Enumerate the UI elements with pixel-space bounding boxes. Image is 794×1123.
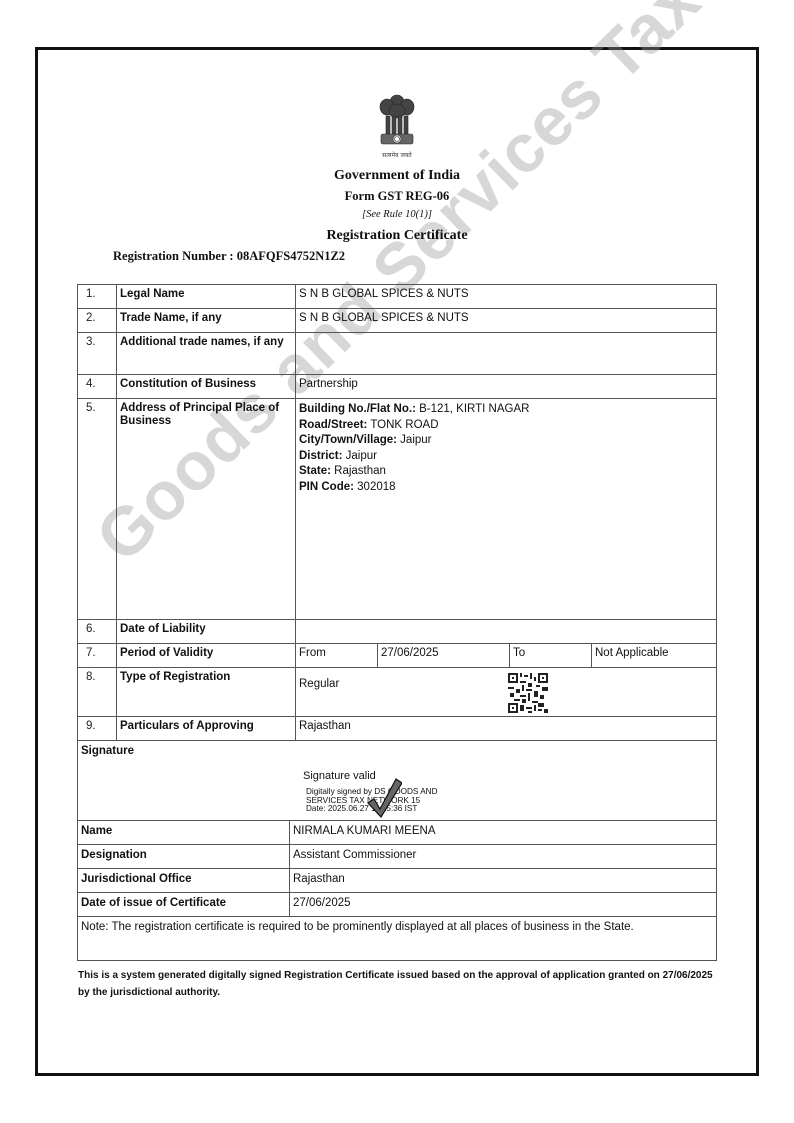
- row-label: Additional trade names, if any: [117, 333, 296, 375]
- officer-label: Jurisdictional Office: [78, 869, 290, 893]
- address-line: PIN Code: 302018: [299, 480, 713, 496]
- legal-name-value: S N B GLOBAL SPICES & NUTS: [296, 285, 717, 309]
- table-row: Jurisdictional Office Rajasthan: [78, 869, 717, 893]
- row-number: 8.: [78, 668, 117, 717]
- officer-label: Designation: [78, 845, 290, 869]
- additional-trade-names-value: [296, 333, 717, 375]
- registration-number-label: Registration Number :: [113, 249, 234, 263]
- officer-name-value: NIRMALA KUMARI MEENA: [290, 821, 717, 845]
- validity-from-label: From: [296, 644, 378, 668]
- table-row: 2. Trade Name, if any S N B GLOBAL SPICE…: [78, 309, 717, 333]
- row-number: 5.: [78, 399, 117, 620]
- row-label: Particulars of Approving: [117, 717, 296, 741]
- row-number: 2.: [78, 309, 117, 333]
- row-label: Type of Registration: [117, 668, 296, 717]
- government-title: Government of India: [0, 168, 794, 184]
- checkmark-icon: [366, 775, 402, 819]
- signature-heading: Signature: [81, 745, 134, 757]
- address-line: City/Town/Village: Jaipur: [299, 433, 713, 449]
- validity-from-value: 27/06/2025: [378, 644, 510, 668]
- table-row: 5. Address of Principal Place of Busines…: [78, 399, 717, 620]
- emblem-motto: सत्यमेव जयते: [0, 151, 794, 159]
- validity-to-value: Not Applicable: [592, 644, 717, 668]
- officer-designation-value: Assistant Commissioner: [290, 845, 717, 869]
- table-row: 1. Legal Name S N B GLOBAL SPICES & NUTS: [78, 285, 717, 309]
- address-line: Building No./Flat No.: B-121, KIRTI NAGA…: [299, 402, 713, 418]
- registration-details-table: 1. Legal Name S N B GLOBAL SPICES & NUTS…: [77, 284, 717, 741]
- qr-code-icon: [508, 673, 548, 713]
- row-number: 7.: [78, 644, 117, 668]
- row-number: 3.: [78, 333, 117, 375]
- row-number: 1.: [78, 285, 117, 309]
- certificate-title: Registration Certificate: [0, 228, 794, 244]
- table-row: 3. Additional trade names, if any: [78, 333, 717, 375]
- national-emblem-icon: [374, 92, 420, 158]
- address-line: State: Rajasthan: [299, 464, 713, 480]
- registration-number-value: 08AFQFS4752N1Z2: [237, 249, 345, 263]
- table-row: 7. Period of Validity From 27/06/2025 To…: [78, 644, 717, 668]
- row-label: Period of Validity: [117, 644, 296, 668]
- address-line: District: Jaipur: [299, 449, 713, 465]
- registration-number: Registration Number : 08AFQFS4752N1Z2: [113, 249, 345, 264]
- table-row: Date of issue of Certificate 27/06/2025: [78, 893, 717, 917]
- table-row: 4. Constitution of Business Partnership: [78, 375, 717, 399]
- table-row: 8. Type of Registration Regular: [78, 668, 717, 717]
- constitution-value: Partnership: [296, 375, 717, 399]
- table-row: 6. Date of Liability: [78, 620, 717, 644]
- row-number: 4.: [78, 375, 117, 399]
- rule-reference: [See Rule 10(1)]: [0, 209, 794, 220]
- officer-label: Name: [78, 821, 290, 845]
- officer-details-table: Name NIRMALA KUMARI MEENA Designation As…: [77, 820, 717, 961]
- approving-authority-value: Rajasthan: [296, 717, 717, 741]
- row-label: Legal Name: [117, 285, 296, 309]
- registration-type-value: Regular: [296, 668, 717, 717]
- row-number: 9.: [78, 717, 117, 741]
- row-number: 6.: [78, 620, 117, 644]
- display-note: Note: The registration certificate is re…: [78, 917, 717, 961]
- form-title: Form GST REG-06: [0, 189, 794, 204]
- jurisdictional-office-value: Rajasthan: [290, 869, 717, 893]
- row-label: Constitution of Business: [117, 375, 296, 399]
- footer-statement: This is a system generated digitally sig…: [78, 967, 718, 1001]
- date-of-liability-value: [296, 620, 717, 644]
- row-label: Trade Name, if any: [117, 309, 296, 333]
- signature-section: Signature Signature valid Digitally sign…: [77, 741, 717, 821]
- trade-name-value: S N B GLOBAL SPICES & NUTS: [296, 309, 717, 333]
- address-line: Road/Street: TONK ROAD: [299, 418, 713, 434]
- issue-date-value: 27/06/2025: [290, 893, 717, 917]
- table-row: Note: The registration certificate is re…: [78, 917, 717, 961]
- validity-to-label: To: [510, 644, 592, 668]
- table-row: Designation Assistant Commissioner: [78, 845, 717, 869]
- row-label: Date of Liability: [117, 620, 296, 644]
- officer-label: Date of issue of Certificate: [78, 893, 290, 917]
- address-value: Building No./Flat No.: B-121, KIRTI NAGA…: [296, 399, 717, 620]
- signature-status: Signature valid: [303, 770, 376, 782]
- table-row: 9. Particulars of Approving Rajasthan: [78, 717, 717, 741]
- row-label: Address of Principal Place of Business: [117, 399, 296, 620]
- table-row: Name NIRMALA KUMARI MEENA: [78, 821, 717, 845]
